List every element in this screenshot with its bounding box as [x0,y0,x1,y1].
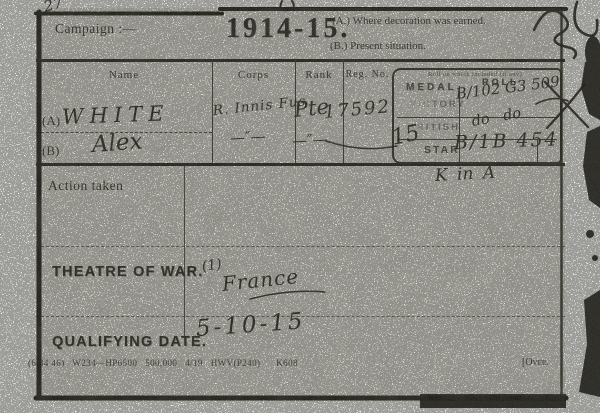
top-right-scribble-2 [575,2,598,36]
medal-index-card: Campaign :— 1914-15. (A.) Where decorati… [36,8,565,400]
over-note: [Over. [522,357,549,368]
name-column-header: Name [36,69,212,81]
rank-ditto-mark: —″— [292,132,328,149]
dotted-rule-action [36,246,565,247]
row-a-label: (A) [42,113,60,129]
right-edge-ink-blobs [579,36,600,397]
medal-header: MEDAL [406,82,457,93]
lower-section-divider [184,166,185,338]
corps-ditto-mark: —″— [230,129,266,146]
rank-column-header: Rank [295,69,343,81]
medal-roll-box: Roll on which included (if any) MEDAL RO… [392,68,562,164]
horizontal-rule-header [36,59,565,62]
handwritten-scribble-top-left: 27 [42,0,64,15]
star-medal-handwritten-15: 15 [390,122,422,149]
action-taken-label: Action taken [48,178,123,194]
theatre-entry-number: (1) [201,257,223,274]
scanned-document-page: { "page": { "campaign_label": "Campaign … [0,0,600,413]
qualifying-date-entry: 5-10-15 [195,310,306,341]
reg-no-entry: 17592 [323,98,392,122]
forename-entry: Alex [91,131,143,157]
theatre-entry: France [221,266,300,294]
killed-in-action-note: K in A [435,165,496,185]
qualifying-date-label: QUALIFYING DATE. [52,334,207,350]
star-roll-entry: B/1B 454 [454,130,559,153]
printer-imprint: (6 34 46) W234—HP6500 500,000 4/19 HWV(P… [28,358,298,368]
victory-roll-entry: B/102 G3 509 [455,74,560,102]
theatre-of-war-label: THEATRE OF WAR. [52,264,203,280]
where-decoration-note: (A.) Where decoration was earned. [332,15,486,27]
row-b-label: (B) [42,143,59,159]
reg-no-column-header: Reg. No. [343,69,392,80]
campaign-label: Campaign :— [55,21,137,37]
surname-entry: WHITE [62,103,170,128]
corps-column-header: Corps [212,69,295,81]
british-roll-entry: do do [471,106,523,129]
present-situation-note: (B.) Present situation. [330,40,426,52]
